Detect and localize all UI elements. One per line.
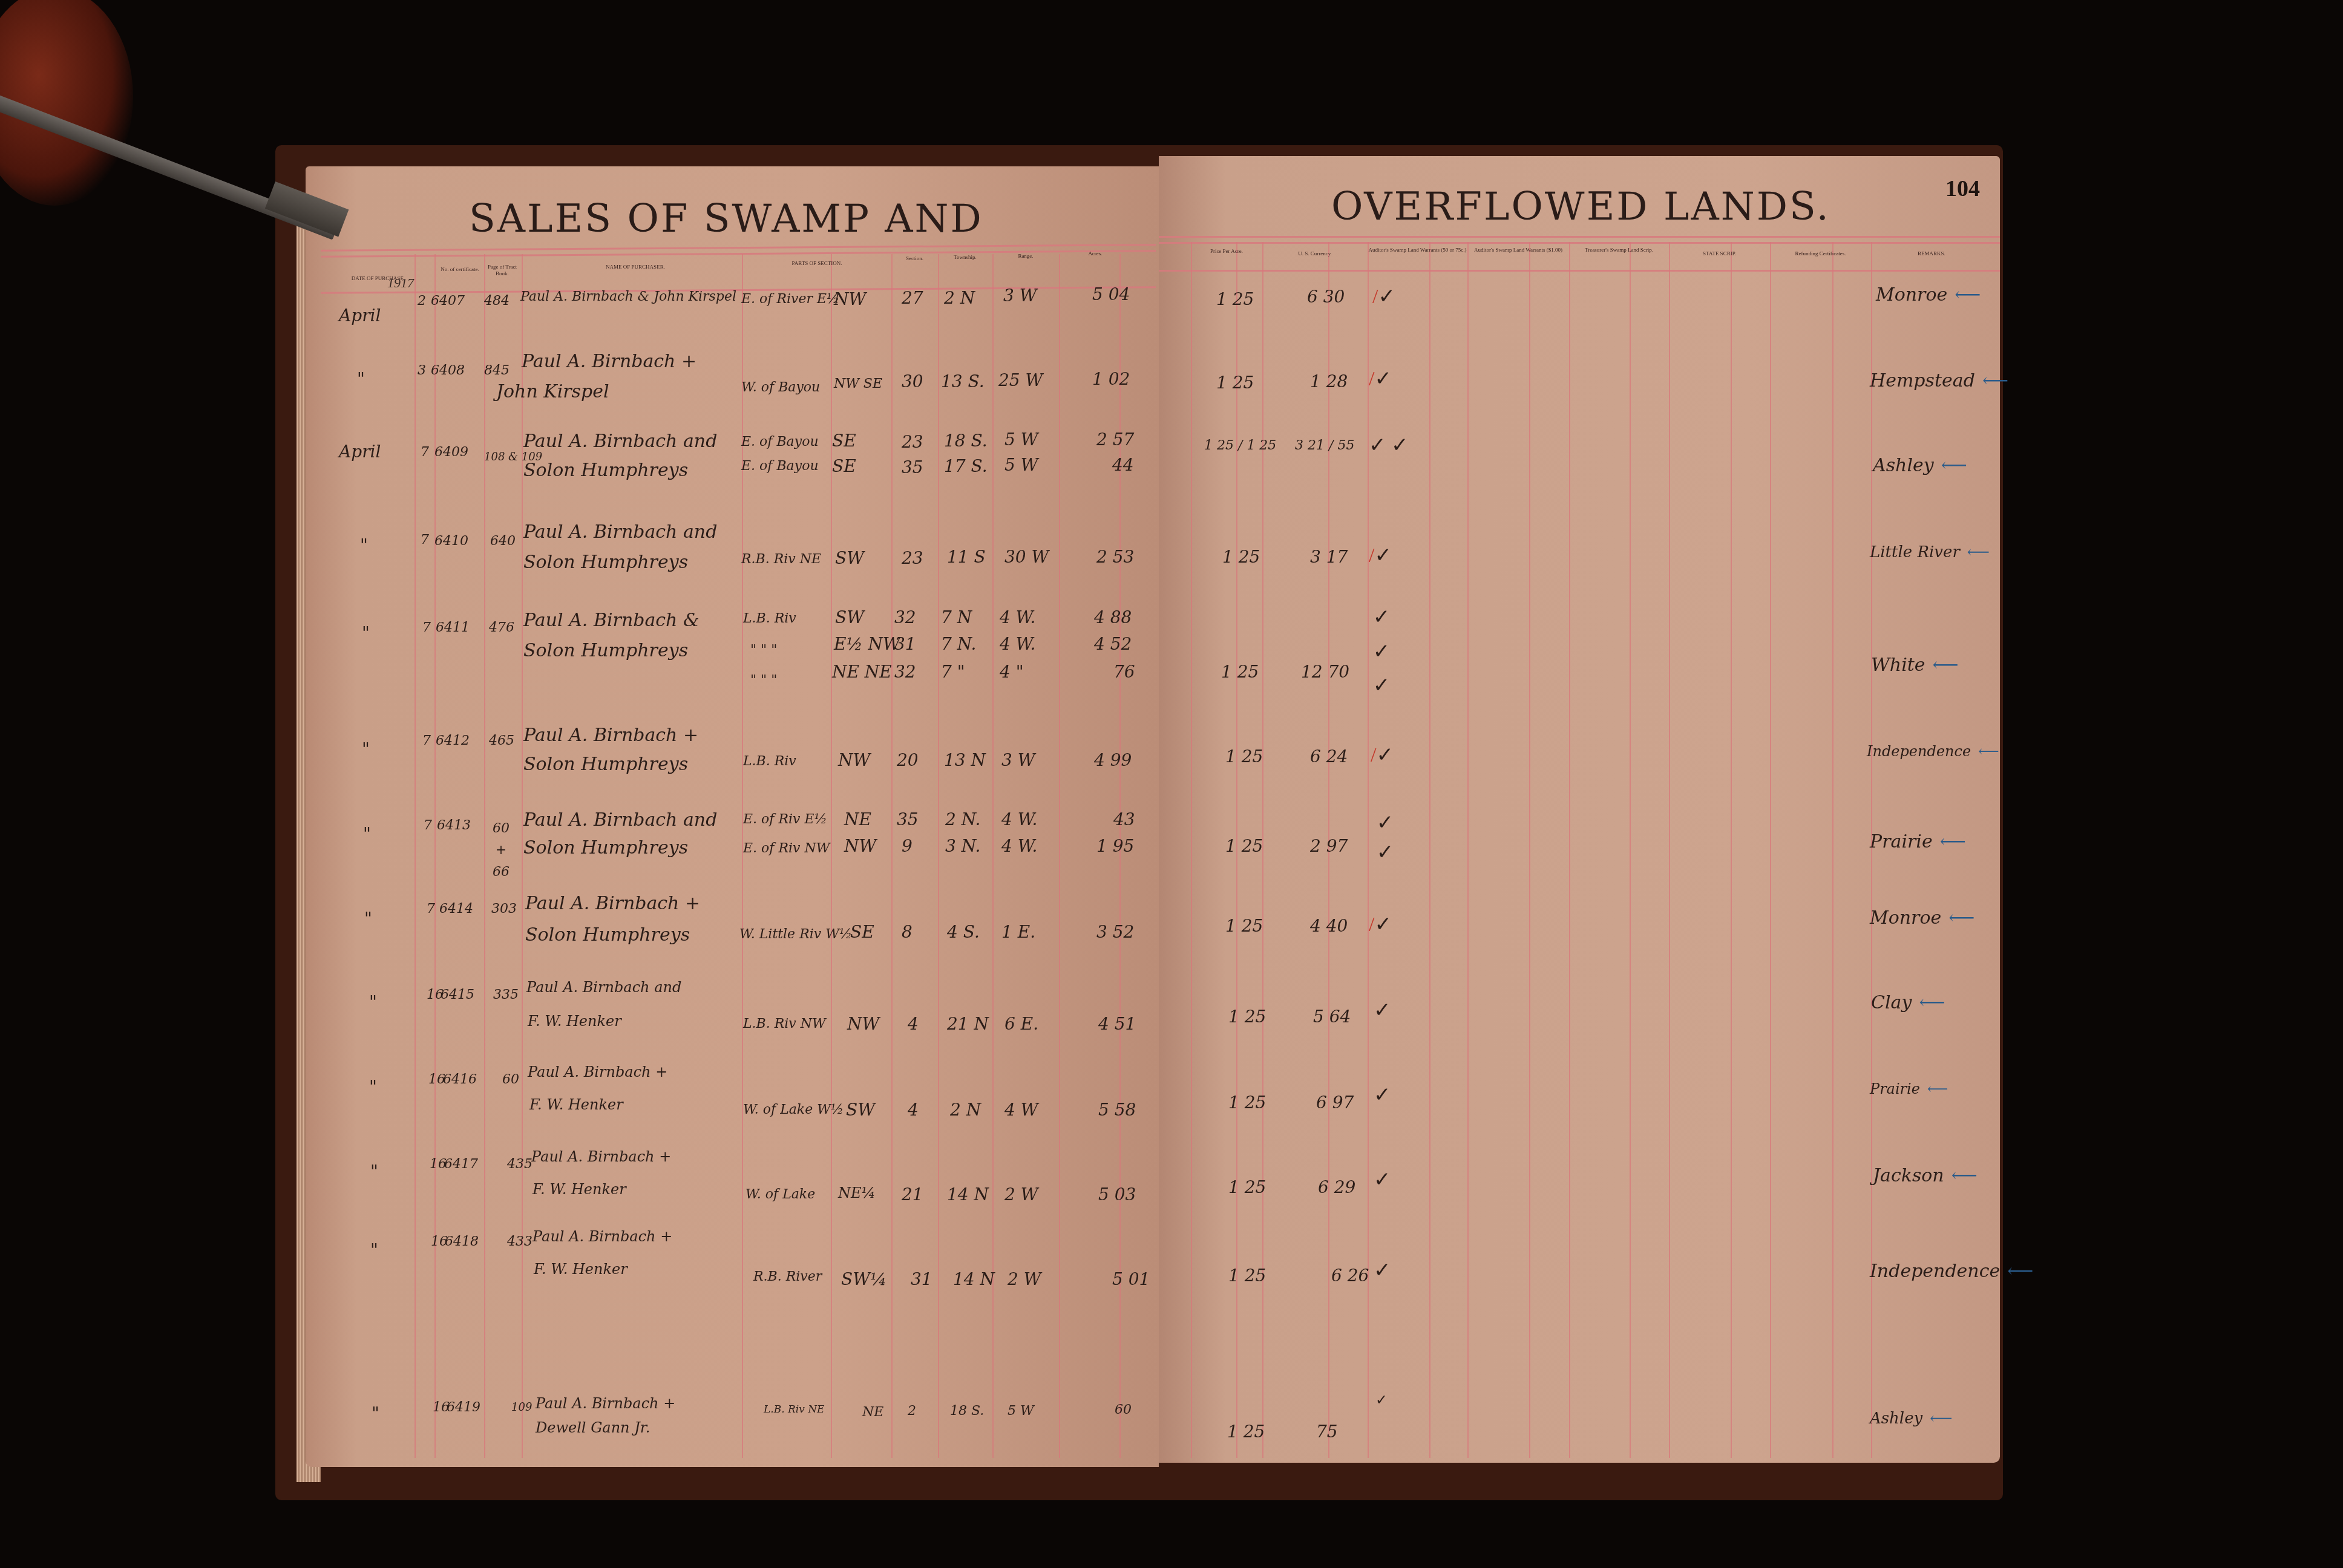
entry-currency: 4 40 xyxy=(1310,916,1348,936)
entry-acres: 2 57 xyxy=(1096,430,1134,449)
entry-acres: 5 04 xyxy=(1092,284,1130,304)
entry-price: 1 25 xyxy=(1228,1007,1266,1027)
entry-month: " xyxy=(369,992,377,1012)
entry-parts: E. of Riv NW xyxy=(743,841,830,856)
entry-certificate: 6415 xyxy=(441,987,474,1002)
year-note: 1917 xyxy=(387,275,414,291)
entry-tract-page: 845 xyxy=(484,363,510,378)
col-rule xyxy=(1630,242,1631,1458)
entry-township: 17 S. xyxy=(944,456,988,476)
entry-acres: 60 xyxy=(1115,1402,1132,1417)
entry-purchaser-line2: Solon Humphreys xyxy=(523,640,688,661)
entry-township: 14 N xyxy=(947,1184,989,1204)
entry-certificate: 6409 xyxy=(434,445,468,460)
entry-acres: 2 53 xyxy=(1096,547,1134,567)
entry-remark-county: White⟵ xyxy=(1871,655,1959,676)
entry-day: 7 xyxy=(422,620,431,635)
entry-section: 4 xyxy=(908,1014,919,1034)
entry-currency: 6 29 xyxy=(1318,1177,1355,1197)
col-rule xyxy=(522,254,523,1458)
entry-range: 4 W. xyxy=(1000,634,1036,654)
entry-tract-page: 335 xyxy=(493,987,519,1002)
entry-section: 30 xyxy=(902,371,923,391)
entry-range: 2 W xyxy=(1008,1269,1041,1289)
entry-tract-page: 60 xyxy=(502,1072,519,1087)
blue-tick-icon: ⟵ xyxy=(1930,1410,1952,1428)
entry-day: 7 xyxy=(421,532,429,547)
col-rule xyxy=(938,254,939,1458)
entry-acres: 43 xyxy=(1113,809,1135,829)
entry-certificate: 6413 xyxy=(437,818,471,833)
entry-purchaser-line2: Dewell Gann Jr. xyxy=(536,1419,650,1436)
entry-day: 2 xyxy=(418,293,426,309)
entry-tract-page: 640 xyxy=(490,534,516,549)
entry-purchaser-line2: F. W. Henker xyxy=(532,1181,626,1198)
entry-subdivision: E½ NW xyxy=(834,634,900,654)
entry-price: 1 25 xyxy=(1225,746,1263,766)
entry-purchaser: Paul A. Birnbach & John Kirspel xyxy=(520,289,736,304)
entry-range: 1 E. xyxy=(1001,922,1035,942)
entry-section: 2 xyxy=(908,1403,916,1419)
entry-month: " xyxy=(369,1077,377,1097)
entry-price: 1 25 xyxy=(1221,662,1259,682)
entry-month: " xyxy=(370,1161,378,1181)
entry-month: " xyxy=(372,1403,379,1423)
col-header-purchaser: NAME OF PURCHASER. xyxy=(532,264,738,270)
left-page-title: SALES OF SWAMP AND xyxy=(469,197,983,241)
entry-section: 20 xyxy=(897,750,919,770)
entry-purchaser-line1: Paul A. Birnbach and xyxy=(523,809,717,831)
entry-price: 1 25 / 1 25 xyxy=(1204,438,1276,453)
entry-price: 1 25 xyxy=(1228,1177,1266,1197)
entry-day: 3 xyxy=(418,363,426,378)
header-rule-bottom-r xyxy=(1159,270,2000,272)
entry-certificate: 6410 xyxy=(434,534,468,549)
col-header-acres: Acres. xyxy=(1059,250,1132,257)
entry-range: 3 W xyxy=(1003,286,1037,305)
entry-currency: 1 28 xyxy=(1310,371,1348,391)
entry-parts: E. of Bayou xyxy=(741,434,819,449)
entry-section: 35 xyxy=(902,457,923,477)
entry-section: 23 xyxy=(902,432,923,452)
entry-tract-page: 303 xyxy=(491,901,517,916)
entry-parts: E. of Bayou xyxy=(741,459,819,474)
entry-day: 7 xyxy=(421,445,429,460)
entry-parts: L.B. Riv xyxy=(743,611,796,626)
blue-tick-icon: ⟵ xyxy=(1927,1080,1948,1097)
page-number: 104 xyxy=(1945,175,1980,202)
entry-purchaser-line1: Paul A. Birnbach + xyxy=(532,1228,672,1245)
col-rule xyxy=(1770,242,1771,1458)
blue-tick-icon: ⟵ xyxy=(1941,455,1967,476)
entry-purchaser-line2: John Kirspel xyxy=(496,381,609,402)
entry-acres: 4 99 xyxy=(1094,750,1132,770)
entry-remark-county: Hempstead⟵ xyxy=(1870,370,2008,391)
col-rule xyxy=(1429,242,1430,1458)
entry-certificate: 6414 xyxy=(439,901,473,916)
entry-parts: W. of Lake xyxy=(745,1187,815,1202)
col-header-state-scrip: STATE SCRIP. xyxy=(1669,250,1770,257)
entry-day: 7 xyxy=(427,901,435,916)
entry-month: " xyxy=(357,369,365,389)
col-header-tract-page: Page of Tract Book. xyxy=(484,264,520,277)
entry-acres: 4 52 xyxy=(1094,634,1132,654)
entry-price: 1 25 xyxy=(1227,1422,1265,1442)
blue-tick-icon: ⟵ xyxy=(1955,284,1981,305)
col-rule xyxy=(1569,242,1570,1458)
entry-purchaser-line2: Solon Humphreys xyxy=(523,460,688,481)
entry-certificate: 6412 xyxy=(436,733,470,748)
entry-township: 11 S xyxy=(947,547,986,567)
entry-section: 21 xyxy=(902,1184,923,1204)
entry-tract-page: 465 xyxy=(489,733,514,748)
entry-purchaser-line2: F. W. Henker xyxy=(534,1261,628,1278)
entry-purchaser-line1: Paul A. Birnbach + xyxy=(522,351,696,372)
col-header-refunding: Refunding Certificates. xyxy=(1770,250,1871,257)
header-rule-top2-r xyxy=(1159,242,2000,244)
entry-purchaser-line1: Paul A. Birnbach + xyxy=(523,725,698,746)
entry-section: 27 xyxy=(902,288,923,308)
entry-purchaser-line2: Solon Humphreys xyxy=(525,924,690,946)
col-rule xyxy=(484,254,485,1458)
entry-township: 2 N xyxy=(950,1100,981,1120)
entry-day: 7 xyxy=(424,818,432,833)
col-rule xyxy=(1832,242,1833,1458)
entry-parts: " " " xyxy=(750,673,777,688)
verified-check-icon: /✓ xyxy=(1369,367,1392,391)
entry-month: " xyxy=(362,739,370,759)
entry-township: 2 N. xyxy=(945,809,980,829)
entry-range: 30 W xyxy=(1004,547,1049,567)
entry-subdivision: SW xyxy=(846,1100,875,1120)
col-header-township: Township. xyxy=(938,254,992,261)
col-header-certificate: No. of certificate. xyxy=(436,266,484,273)
entry-month: " xyxy=(363,824,371,844)
entry-subdivision: SW xyxy=(835,548,864,568)
entry-subdivision: NW xyxy=(847,1014,879,1034)
col-rule xyxy=(1731,242,1732,1458)
entry-section: 8 xyxy=(902,922,913,942)
verified-check-icon: ✓ xyxy=(1374,1258,1391,1282)
entry-currency: 3 21 / 55 xyxy=(1295,438,1354,453)
blue-tick-icon: ⟵ xyxy=(1967,543,1990,561)
entry-price: 1 25 xyxy=(1216,289,1254,309)
entry-tract-page: 435 xyxy=(507,1157,532,1172)
entry-section: 35 xyxy=(897,809,919,829)
entry-remark-county: Ashley⟵ xyxy=(1873,455,1967,476)
entry-certificate: 6417 xyxy=(444,1157,478,1172)
col-rule xyxy=(1467,242,1469,1458)
entry-certificate: 6411 xyxy=(436,620,470,635)
entry-month: April xyxy=(339,442,381,462)
entry-range: 25 W xyxy=(998,370,1043,390)
entry-purchaser-line2: F. W. Henker xyxy=(529,1096,623,1113)
entry-certificate: 6407 xyxy=(431,293,465,309)
entry-currency: 2 97 xyxy=(1310,836,1348,856)
entry-certificate: 6418 xyxy=(445,1234,479,1249)
col-header-section: Section. xyxy=(891,255,938,262)
entry-purchaser-line1: Paul A. Birnbach and xyxy=(523,521,717,543)
verified-check-icon: ✓ xyxy=(1374,1083,1391,1107)
col-header-warrants-100: Auditor's Swamp Land Warrants ($1.00) xyxy=(1467,247,1569,253)
verified-check-icon: /✓ xyxy=(1371,743,1394,767)
entry-range: 5 W xyxy=(1004,455,1038,475)
entry-subdivision: SW¼ xyxy=(841,1269,886,1289)
blue-tick-icon: ⟵ xyxy=(1940,831,1966,852)
entry-month: " xyxy=(370,1240,378,1260)
verified-check-icon: ✓ xyxy=(1372,1391,1389,1408)
verified-check-icon: ✓ xyxy=(1374,1168,1391,1192)
entry-currency: 6 30 xyxy=(1307,287,1345,307)
verified-check-icon: /✓ xyxy=(1369,543,1392,567)
verified-check-icon: ✓ ✓ xyxy=(1372,811,1397,864)
entry-subdivision: SW xyxy=(835,607,864,627)
entry-township: 4 S. xyxy=(947,922,980,942)
entry-range: 5 W xyxy=(1008,1403,1034,1419)
entry-section: 4 xyxy=(908,1100,919,1120)
entry-purchaser-line1: Paul A. Birnbach + xyxy=(531,1148,671,1165)
entry-subdivision: NW xyxy=(844,836,876,856)
entry-purchaser-line2: F. W. Henker xyxy=(528,1013,621,1030)
entry-currency: 6 97 xyxy=(1316,1093,1354,1112)
entry-currency: 5 64 xyxy=(1313,1007,1351,1027)
entry-acres: 5 58 xyxy=(1098,1100,1136,1120)
entry-parts: " " " xyxy=(750,642,777,658)
entry-range: 5 W xyxy=(1004,430,1038,449)
entry-township: 7 N xyxy=(941,607,972,627)
entry-price: 1 25 xyxy=(1216,373,1254,393)
entry-parts: W. of Lake W½ xyxy=(743,1102,844,1117)
entry-remark-county: Little River⟵ xyxy=(1870,543,1990,561)
entry-parts: L.B. Riv NW xyxy=(743,1016,826,1031)
entry-tract-page: 476 xyxy=(489,620,514,635)
col-header-remarks: REMARKS. xyxy=(1871,250,1992,257)
entry-subdivision: NE NE xyxy=(832,662,892,682)
header-rule-top-r xyxy=(1159,236,2000,238)
blue-tick-icon: ⟵ xyxy=(1978,743,1999,760)
col-header-warrants-50-75: Auditor's Swamp Land Warrants (50 or 75c… xyxy=(1368,247,1467,253)
entry-range: 4 W. xyxy=(1001,809,1038,829)
entry-township: 7 N. xyxy=(941,634,976,654)
col-rule xyxy=(891,254,893,1458)
verified-check-icon: /✓ xyxy=(1369,912,1392,936)
entry-subdivision: NE xyxy=(862,1405,883,1420)
entry-price: 1 25 xyxy=(1228,1093,1266,1112)
entry-subdivision: NW xyxy=(834,289,866,309)
verified-check-icon: ✓ xyxy=(1374,998,1391,1022)
entry-subdivision: SE xyxy=(850,922,874,942)
col-header-treasurer-scrip: Treasurer's Swamp Land Scrip. xyxy=(1569,247,1669,253)
col-header-price: Price Per Acre. xyxy=(1191,248,1262,255)
entry-purchaser-line2: Solon Humphreys xyxy=(523,754,688,775)
blue-tick-icon: ⟵ xyxy=(1951,1165,1978,1186)
entry-range: 4 W xyxy=(1004,1100,1038,1120)
entry-certificate: 6416 xyxy=(443,1072,477,1087)
entry-acres: 3 52 xyxy=(1096,922,1134,942)
entry-acres: 5 03 xyxy=(1098,1184,1136,1204)
entry-range: 4 " xyxy=(1000,662,1024,682)
entry-township: 18 S. xyxy=(950,1403,984,1419)
entry-township: 14 N xyxy=(953,1269,995,1289)
col-rule xyxy=(434,254,436,1458)
entry-subdivision: SE xyxy=(832,431,856,451)
entry-remark-county: Independence⟵ xyxy=(1867,743,1999,760)
entry-remark-county: Independence⟵ xyxy=(1870,1261,2033,1282)
entry-parts: E. of River E½ xyxy=(741,292,839,307)
entry-acres: 5 01 xyxy=(1112,1269,1150,1289)
entry-month: April xyxy=(339,305,381,325)
entry-section: 9 xyxy=(902,836,913,856)
col-header-currency: U. S. Currency. xyxy=(1262,250,1368,257)
entry-purchaser-line1: Paul A. Birnbach and xyxy=(526,979,681,996)
entry-parts: W. of Bayou xyxy=(741,380,820,395)
entry-range: 6 E. xyxy=(1004,1014,1038,1034)
entry-purchaser-line1: Paul A. Birnbach and xyxy=(523,431,717,452)
entry-remark-county: Ashley⟵ xyxy=(1870,1410,1953,1428)
col-header-parts: PARTS OF SECTION. xyxy=(744,260,890,267)
verified-check-icon: /✓ xyxy=(1372,284,1395,309)
col-rule xyxy=(1529,242,1530,1458)
entry-parts: L.B. Riv NE xyxy=(764,1403,825,1416)
right-page-title: OVERFLOWED LANDS. xyxy=(1331,185,1830,229)
entry-tract-page: 484 xyxy=(484,293,510,309)
entry-acres: 1 02 xyxy=(1092,369,1130,389)
entry-subdivision: NW SE xyxy=(834,376,882,391)
entry-day: 7 xyxy=(422,733,431,748)
entry-currency: 12 70 xyxy=(1301,662,1349,682)
col-rule xyxy=(1059,254,1060,1458)
entry-township: 18 S. xyxy=(944,431,988,451)
entry-remark-county: Prairie⟵ xyxy=(1870,831,1966,852)
entry-township: 13 S. xyxy=(941,371,985,391)
entry-parts: W. Little Riv W½ xyxy=(739,927,852,942)
entry-purchaser-line1: Paul A. Birnbach & xyxy=(523,610,700,631)
blue-tick-icon: ⟵ xyxy=(1948,907,1974,929)
entry-acres: 4 88 xyxy=(1094,607,1132,627)
entry-purchaser-line2: Solon Humphreys xyxy=(523,837,688,858)
entry-tract-page: 109 xyxy=(511,1400,533,1416)
entry-remark-county: Jackson⟵ xyxy=(1873,1165,1978,1186)
entry-remark-county: Monroe⟵ xyxy=(1870,907,1974,929)
entry-remark-county: Monroe⟵ xyxy=(1876,284,1981,305)
entry-section: 32 xyxy=(894,607,916,627)
entry-tract-page: 60 + 66 xyxy=(489,818,513,883)
entry-section: 31 xyxy=(911,1269,932,1289)
entry-purchaser-line1: Paul A. Birnbach + xyxy=(536,1395,675,1412)
entry-section: 32 xyxy=(894,662,916,682)
entry-subdivision: NW xyxy=(838,750,870,770)
entry-purchaser-line2: Solon Humphreys xyxy=(523,552,688,573)
entry-price: 1 25 xyxy=(1228,1266,1266,1285)
col-rule xyxy=(1669,242,1670,1458)
entry-remark-county: Prairie⟵ xyxy=(1870,1080,1948,1097)
entry-currency: 6 24 xyxy=(1310,746,1348,766)
blue-tick-icon: ⟵ xyxy=(1919,992,1945,1013)
blue-tick-icon: ⟵ xyxy=(2007,1261,2033,1282)
entry-section: 31 xyxy=(894,634,916,654)
verified-check-icon: ✓ ✓ xyxy=(1369,433,1408,457)
entry-certificate: 6419 xyxy=(447,1400,480,1415)
entry-section: 23 xyxy=(902,548,923,568)
entry-month: " xyxy=(364,909,372,929)
blue-tick-icon: ⟵ xyxy=(1933,655,1959,676)
entry-month: " xyxy=(362,623,370,643)
entry-township: 3 N. xyxy=(945,836,980,856)
entry-price: 1 25 xyxy=(1222,547,1260,567)
entry-range: 2 W xyxy=(1004,1184,1038,1204)
entry-range: 4 W. xyxy=(1001,836,1038,856)
entry-currency: 6 26 xyxy=(1331,1266,1369,1285)
entry-price: 1 25 xyxy=(1225,916,1263,936)
entry-township: 2 N xyxy=(944,288,975,308)
entry-acres: 44 xyxy=(1112,455,1134,475)
entry-subdivision: NE¼ xyxy=(838,1184,876,1201)
entry-acres: 1 95 xyxy=(1096,836,1134,856)
entry-month: " xyxy=(360,535,368,555)
entry-range: 4 W. xyxy=(1000,607,1036,627)
col-header-range: Range. xyxy=(992,253,1059,260)
entry-tract-page: 433 xyxy=(507,1234,532,1249)
blue-tick-icon: ⟵ xyxy=(1982,370,2008,391)
entry-parts: L.B. Riv xyxy=(743,754,796,769)
entry-parts: E. of Riv E½ xyxy=(743,812,827,827)
entry-price: 1 25 xyxy=(1225,836,1263,856)
entry-remark-county: Clay⟵ xyxy=(1871,992,1945,1013)
entry-parts: R.B. River xyxy=(753,1269,822,1284)
col-rule xyxy=(415,254,416,1458)
verified-check-icon: ✓ ✓ ✓ xyxy=(1369,605,1393,700)
entry-purchaser-line1: Paul A. Birnbach + xyxy=(528,1063,667,1080)
entry-purchaser-line1: Paul A. Birnbach + xyxy=(525,893,700,914)
entry-parts: R.B. Riv NE xyxy=(741,552,821,567)
entry-currency: 75 xyxy=(1316,1422,1338,1442)
entry-township: 7 " xyxy=(941,662,965,682)
entry-certificate: 6408 xyxy=(431,363,465,378)
entry-acres: 4 51 xyxy=(1098,1014,1136,1034)
entry-acres: 76 xyxy=(1113,662,1135,682)
entry-township: 13 N xyxy=(944,750,986,770)
entry-currency: 3 17 xyxy=(1310,547,1348,567)
entry-subdivision: SE xyxy=(832,456,856,476)
entry-township: 21 N xyxy=(947,1014,989,1034)
entry-range: 3 W xyxy=(1001,750,1035,770)
col-rule xyxy=(1191,242,1192,1458)
entry-subdivision: NE xyxy=(844,809,871,829)
